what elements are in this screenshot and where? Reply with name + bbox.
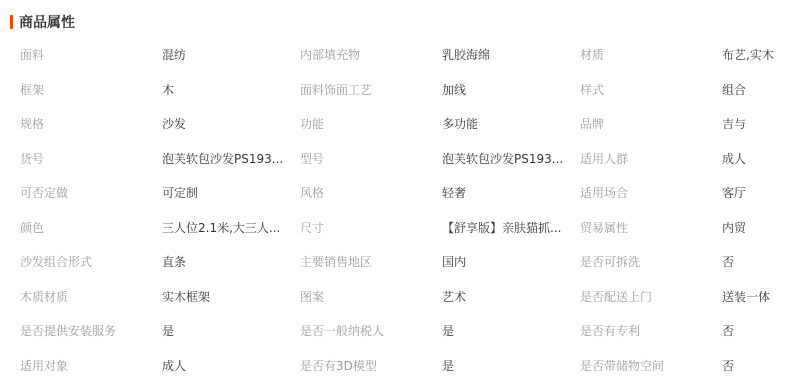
attribute-value: 是 <box>162 323 174 339</box>
attribute-label: 货号 <box>20 151 44 167</box>
attribute-value: 【舒享版】亲肤猫抓... <box>442 220 561 236</box>
attribute-value: 可定制 <box>162 185 198 201</box>
attribute-value: 泡芙软包沙发PS193... <box>442 151 563 167</box>
attribute-value: 是 <box>442 323 454 339</box>
attribute-value: 实木框架 <box>162 289 210 305</box>
attribute-label: 适用对象 <box>20 358 68 374</box>
attribute-row: 可否定做 可定制 风格 轻奢 适用场合 客厅 <box>0 176 800 211</box>
attribute-label: 规格 <box>20 116 44 132</box>
attribute-row: 颜色 三人位2.1米,大三人... 尺寸 【舒享版】亲肤猫抓... 贸易属性 内… <box>0 211 800 246</box>
attribute-value: 加线 <box>442 82 466 98</box>
attribute-value: 泡芙软包沙发PS193... <box>162 151 283 167</box>
attribute-label: 风格 <box>300 185 324 201</box>
attribute-value: 混纺 <box>162 47 186 63</box>
attribute-label: 是否一般纳税人 <box>300 323 384 339</box>
attribute-value: 木 <box>162 82 174 98</box>
attribute-label: 适用人群 <box>580 151 628 167</box>
attribute-label: 面料饰面工艺 <box>300 82 372 98</box>
attribute-label: 面料 <box>20 47 44 63</box>
attribute-value: 成人 <box>722 151 746 167</box>
attribute-label: 是否有3D模型 <box>300 358 377 374</box>
attributes-grid: 面料 混纺 内部填充物 乳胶海绵 材质 布艺,实木 框架 木 面料饰面工艺 加线… <box>0 38 800 383</box>
attribute-label: 颜色 <box>20 220 44 236</box>
attribute-value: 多功能 <box>442 116 478 132</box>
attribute-row: 木质材质 实木框架 图案 艺术 是否配送上门 送装一体 <box>0 280 800 315</box>
attribute-value: 吉与 <box>722 116 746 132</box>
attribute-label: 型号 <box>300 151 324 167</box>
attribute-label: 贸易属性 <box>580 220 628 236</box>
attribute-value: 成人 <box>162 358 186 374</box>
attribute-value: 客厅 <box>722 185 746 201</box>
attribute-value: 否 <box>722 358 734 374</box>
attribute-value: 国内 <box>442 254 466 270</box>
attribute-value: 否 <box>722 323 734 339</box>
attribute-label: 框架 <box>20 82 44 98</box>
section-header: 商品属性 <box>10 12 75 32</box>
product-attributes-panel: 商品属性 面料 混纺 内部填充物 乳胶海绵 材质 布艺,实木 框架 木 面料饰面… <box>0 0 800 383</box>
attribute-label: 沙发组合形式 <box>20 254 92 270</box>
attribute-row: 框架 木 面料饰面工艺 加线 样式 组合 <box>0 73 800 108</box>
attribute-label: 是否有专利 <box>580 323 640 339</box>
attribute-value: 送装一体 <box>722 289 770 305</box>
attribute-row: 沙发组合形式 直条 主要销售地区 国内 是否可拆洗 否 <box>0 245 800 280</box>
attribute-value: 内贸 <box>722 220 746 236</box>
attribute-value: 直条 <box>162 254 186 270</box>
attribute-value: 否 <box>722 254 734 270</box>
attribute-value: 艺术 <box>442 289 466 305</box>
attribute-label: 可否定做 <box>20 185 68 201</box>
attribute-label: 主要销售地区 <box>300 254 372 270</box>
attribute-label: 是否配送上门 <box>580 289 652 305</box>
attribute-label: 木质材质 <box>20 289 68 305</box>
attribute-label: 是否可拆洗 <box>580 254 640 270</box>
attribute-value: 轻奢 <box>442 185 466 201</box>
attribute-row: 面料 混纺 内部填充物 乳胶海绵 材质 布艺,实木 <box>0 38 800 73</box>
attribute-value: 乳胶海绵 <box>442 47 490 63</box>
attribute-value: 三人位2.1米,大三人... <box>162 220 280 236</box>
attribute-label: 图案 <box>300 289 324 305</box>
attribute-label: 功能 <box>300 116 324 132</box>
section-title: 商品属性 <box>19 12 75 32</box>
attribute-row: 是否提供安装服务 是 是否一般纳税人 是 是否有专利 否 <box>0 314 800 349</box>
attribute-label: 样式 <box>580 82 604 98</box>
attribute-row: 货号 泡芙软包沙发PS193... 型号 泡芙软包沙发PS193... 适用人群… <box>0 142 800 177</box>
attribute-value: 组合 <box>722 82 746 98</box>
attribute-label: 材质 <box>580 47 604 63</box>
attribute-label: 是否提供安装服务 <box>20 323 116 339</box>
attribute-label: 适用场合 <box>580 185 628 201</box>
attribute-value: 沙发 <box>162 116 186 132</box>
attribute-label: 尺寸 <box>300 220 324 236</box>
attribute-row: 适用对象 成人 是否有3D模型 是 是否带储物空间 否 <box>0 349 800 383</box>
attribute-row: 规格 沙发 功能 多功能 品牌 吉与 <box>0 107 800 142</box>
attribute-label: 内部填充物 <box>300 47 360 63</box>
accent-bar <box>10 15 13 29</box>
attribute-value: 是 <box>442 358 454 374</box>
attribute-value: 布艺,实木 <box>722 47 774 63</box>
attribute-label: 品牌 <box>580 116 604 132</box>
attribute-label: 是否带储物空间 <box>580 358 664 374</box>
